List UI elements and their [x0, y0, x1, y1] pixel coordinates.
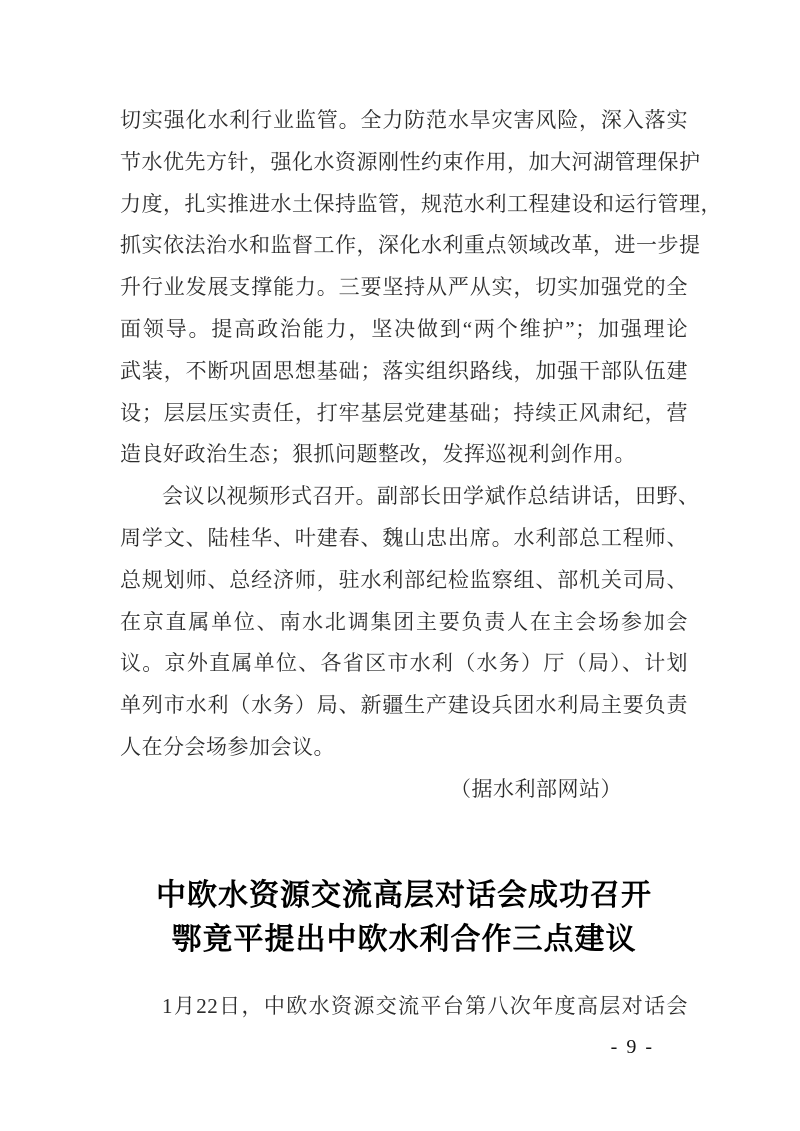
text-line: 在京直属单位、南水北调集团主要负责人在主会场参加会	[120, 602, 688, 644]
text-line: 节水优先方针，强化水资源刚性约束作用，加大河湖管理保护	[120, 142, 688, 184]
paragraph-meeting-attendees: 会议以视频形式召开。副部长田学斌作总结讲话，田野、周学文、陆桂华、叶建春、魏山忠…	[120, 476, 688, 769]
text-line: 面领导。提高政治能力，坚决做到“两个维护”；加强理论	[120, 309, 688, 351]
article-title: 中欧水资源交流高层对话会成功召开 鄂竟平提出中欧水利合作三点建议	[120, 874, 688, 962]
text-line: 人在分会场参加会议。	[120, 727, 688, 769]
text-line: 设；层层压实责任，打牢基层党建基础；持续正风肃纪，营	[120, 393, 688, 435]
article-body: 切实强化水利行业监管。全力防范水旱灾害风险，深入落实节水优先方针，强化水资源刚性…	[120, 100, 688, 811]
paragraph-supervision: 切实强化水利行业监管。全力防范水旱灾害风险，深入落实节水优先方针，强化水资源刚性…	[120, 100, 688, 476]
page-number: - 9 -	[611, 1036, 654, 1058]
source-attribution: （据水利部网站）	[120, 769, 688, 811]
text-line: 造良好政治生态；狠抓问题整改，发挥巡视利剑作用。	[120, 434, 688, 476]
text-line: 力度，扎实推进水土保持监管，规范水利工程建设和运行管理，	[120, 184, 688, 226]
text-line: 会议以视频形式召开。副部长田学斌作总结讲话，田野、	[120, 476, 688, 518]
text-line: 切实强化水利行业监管。全力防范水旱灾害风险，深入落实	[120, 100, 688, 142]
text-line: 升行业发展支撑能力。三要坚持从严从实，切实加强党的全	[120, 267, 688, 309]
article-title-line1: 中欧水资源交流高层对话会成功召开	[120, 874, 688, 918]
text-line: 单列市水利（水务）局、新疆生产建设兵团水利局主要负责	[120, 685, 688, 727]
text-line: 议。京外直属单位、各省区市水利（水务）厅（局）、计划	[120, 643, 688, 685]
text-line: 周学文、陆桂华、叶建春、魏山忠出席。水利部总工程师、	[120, 518, 688, 560]
text-line: 武装，不断巩固思想基础；落实组织路线，加强干部队伍建	[120, 351, 688, 393]
text-line: 总规划师、总经济师，驻水利部纪检监察组、部机关司局、	[120, 560, 688, 602]
text-line: 抓实依法治水和监督工作，深化水利重点领域改革，进一步提	[120, 225, 688, 267]
article-title-line2: 鄂竟平提出中欧水利合作三点建议	[120, 918, 688, 962]
paragraph-opening: 1月22日，中欧水资源交流平台第八次年度高层对话会	[120, 986, 688, 1028]
document-page: 切实强化水利行业监管。全力防范水旱灾害风险，深入落实节水优先方针，强化水资源刚性…	[0, 0, 800, 1131]
